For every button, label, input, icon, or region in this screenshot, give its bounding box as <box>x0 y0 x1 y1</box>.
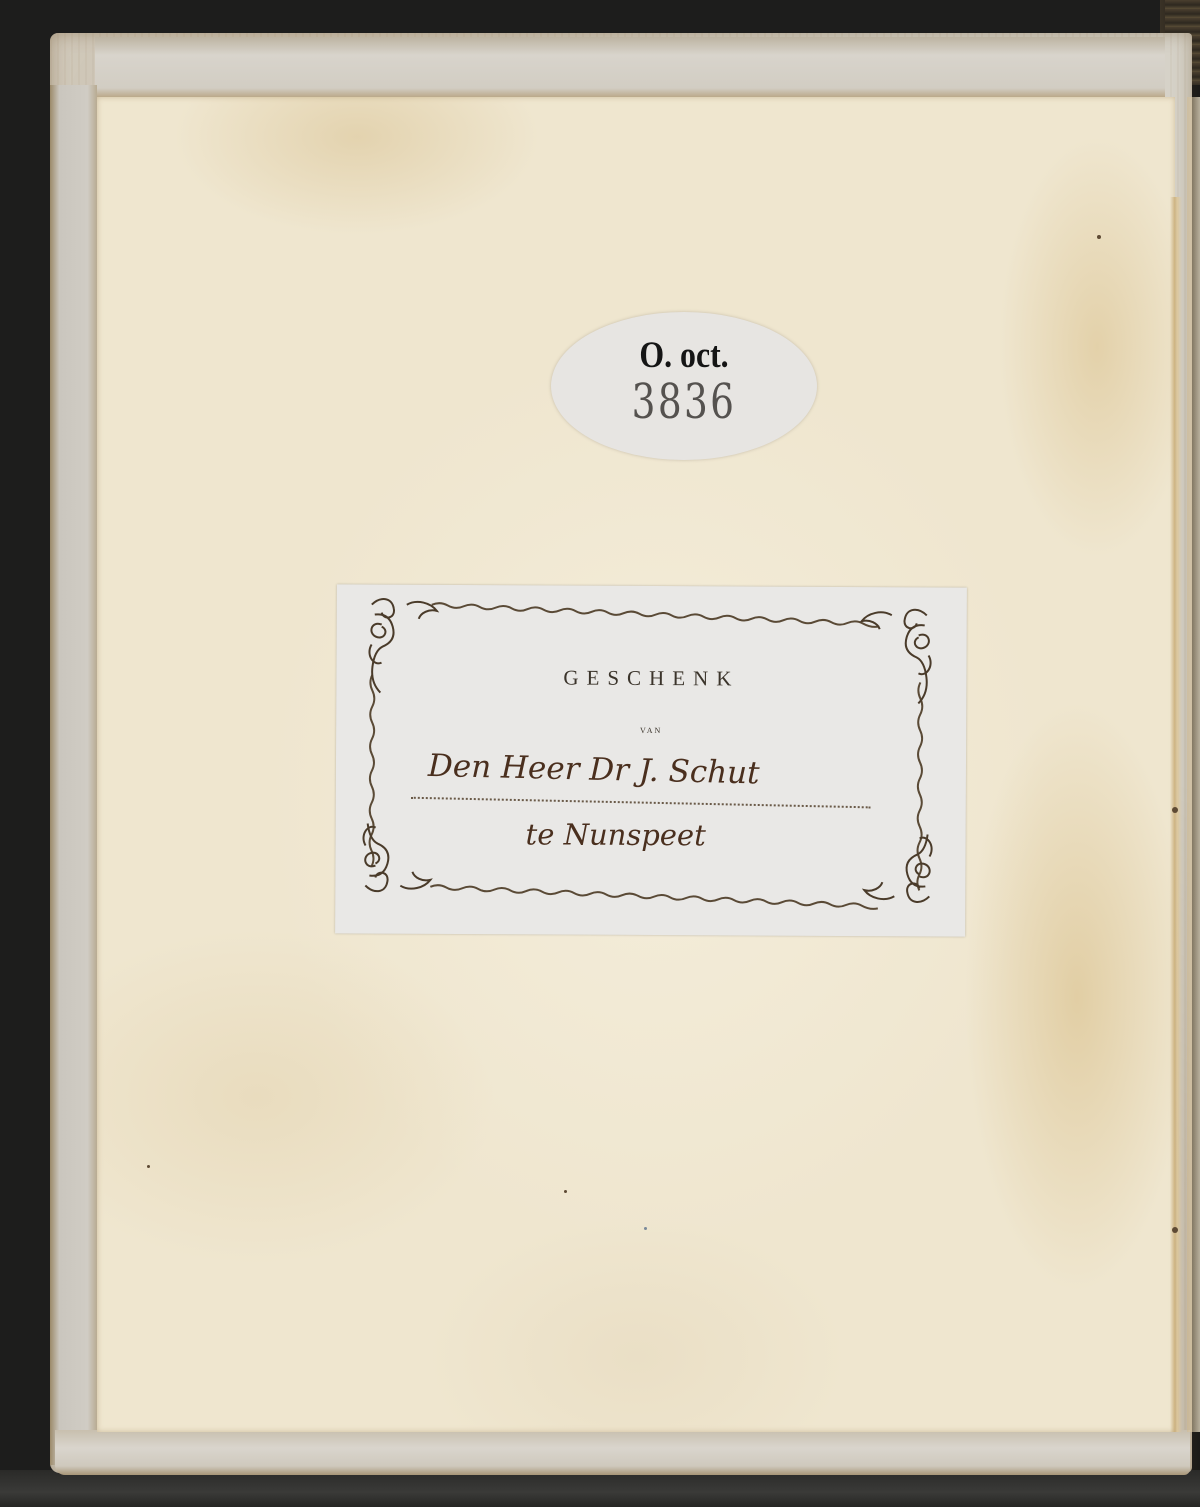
sewing-hole <box>1172 1227 1178 1233</box>
bookplate: GESCHENK VAN Den Heer Dr J. Schut te Nun… <box>335 584 967 936</box>
shelfmark-label: O. oct. 3836 <box>551 312 817 460</box>
shelfmark-collection: O. oct. <box>570 334 799 377</box>
shelfmark-number: 3836 <box>580 374 787 430</box>
foxing-spot <box>147 1165 150 1168</box>
hinge-stain <box>1170 197 1182 1432</box>
vellum-turn-in-bottom <box>55 1430 1190 1475</box>
donor-place-handwritten: te Nunspeet <box>526 817 706 852</box>
sewing-hole <box>1172 807 1178 813</box>
vellum-turn-in-left <box>50 85 97 1465</box>
hinge-edge <box>1187 97 1200 1432</box>
foxing-spot <box>564 1190 567 1193</box>
foxing-spot <box>1097 235 1101 239</box>
foxing-spot <box>644 1227 647 1230</box>
backdrop-bottom <box>0 1470 1200 1507</box>
vellum-turn-in-top <box>95 37 1165 97</box>
bookplate-title: GESCHENK <box>336 664 966 692</box>
